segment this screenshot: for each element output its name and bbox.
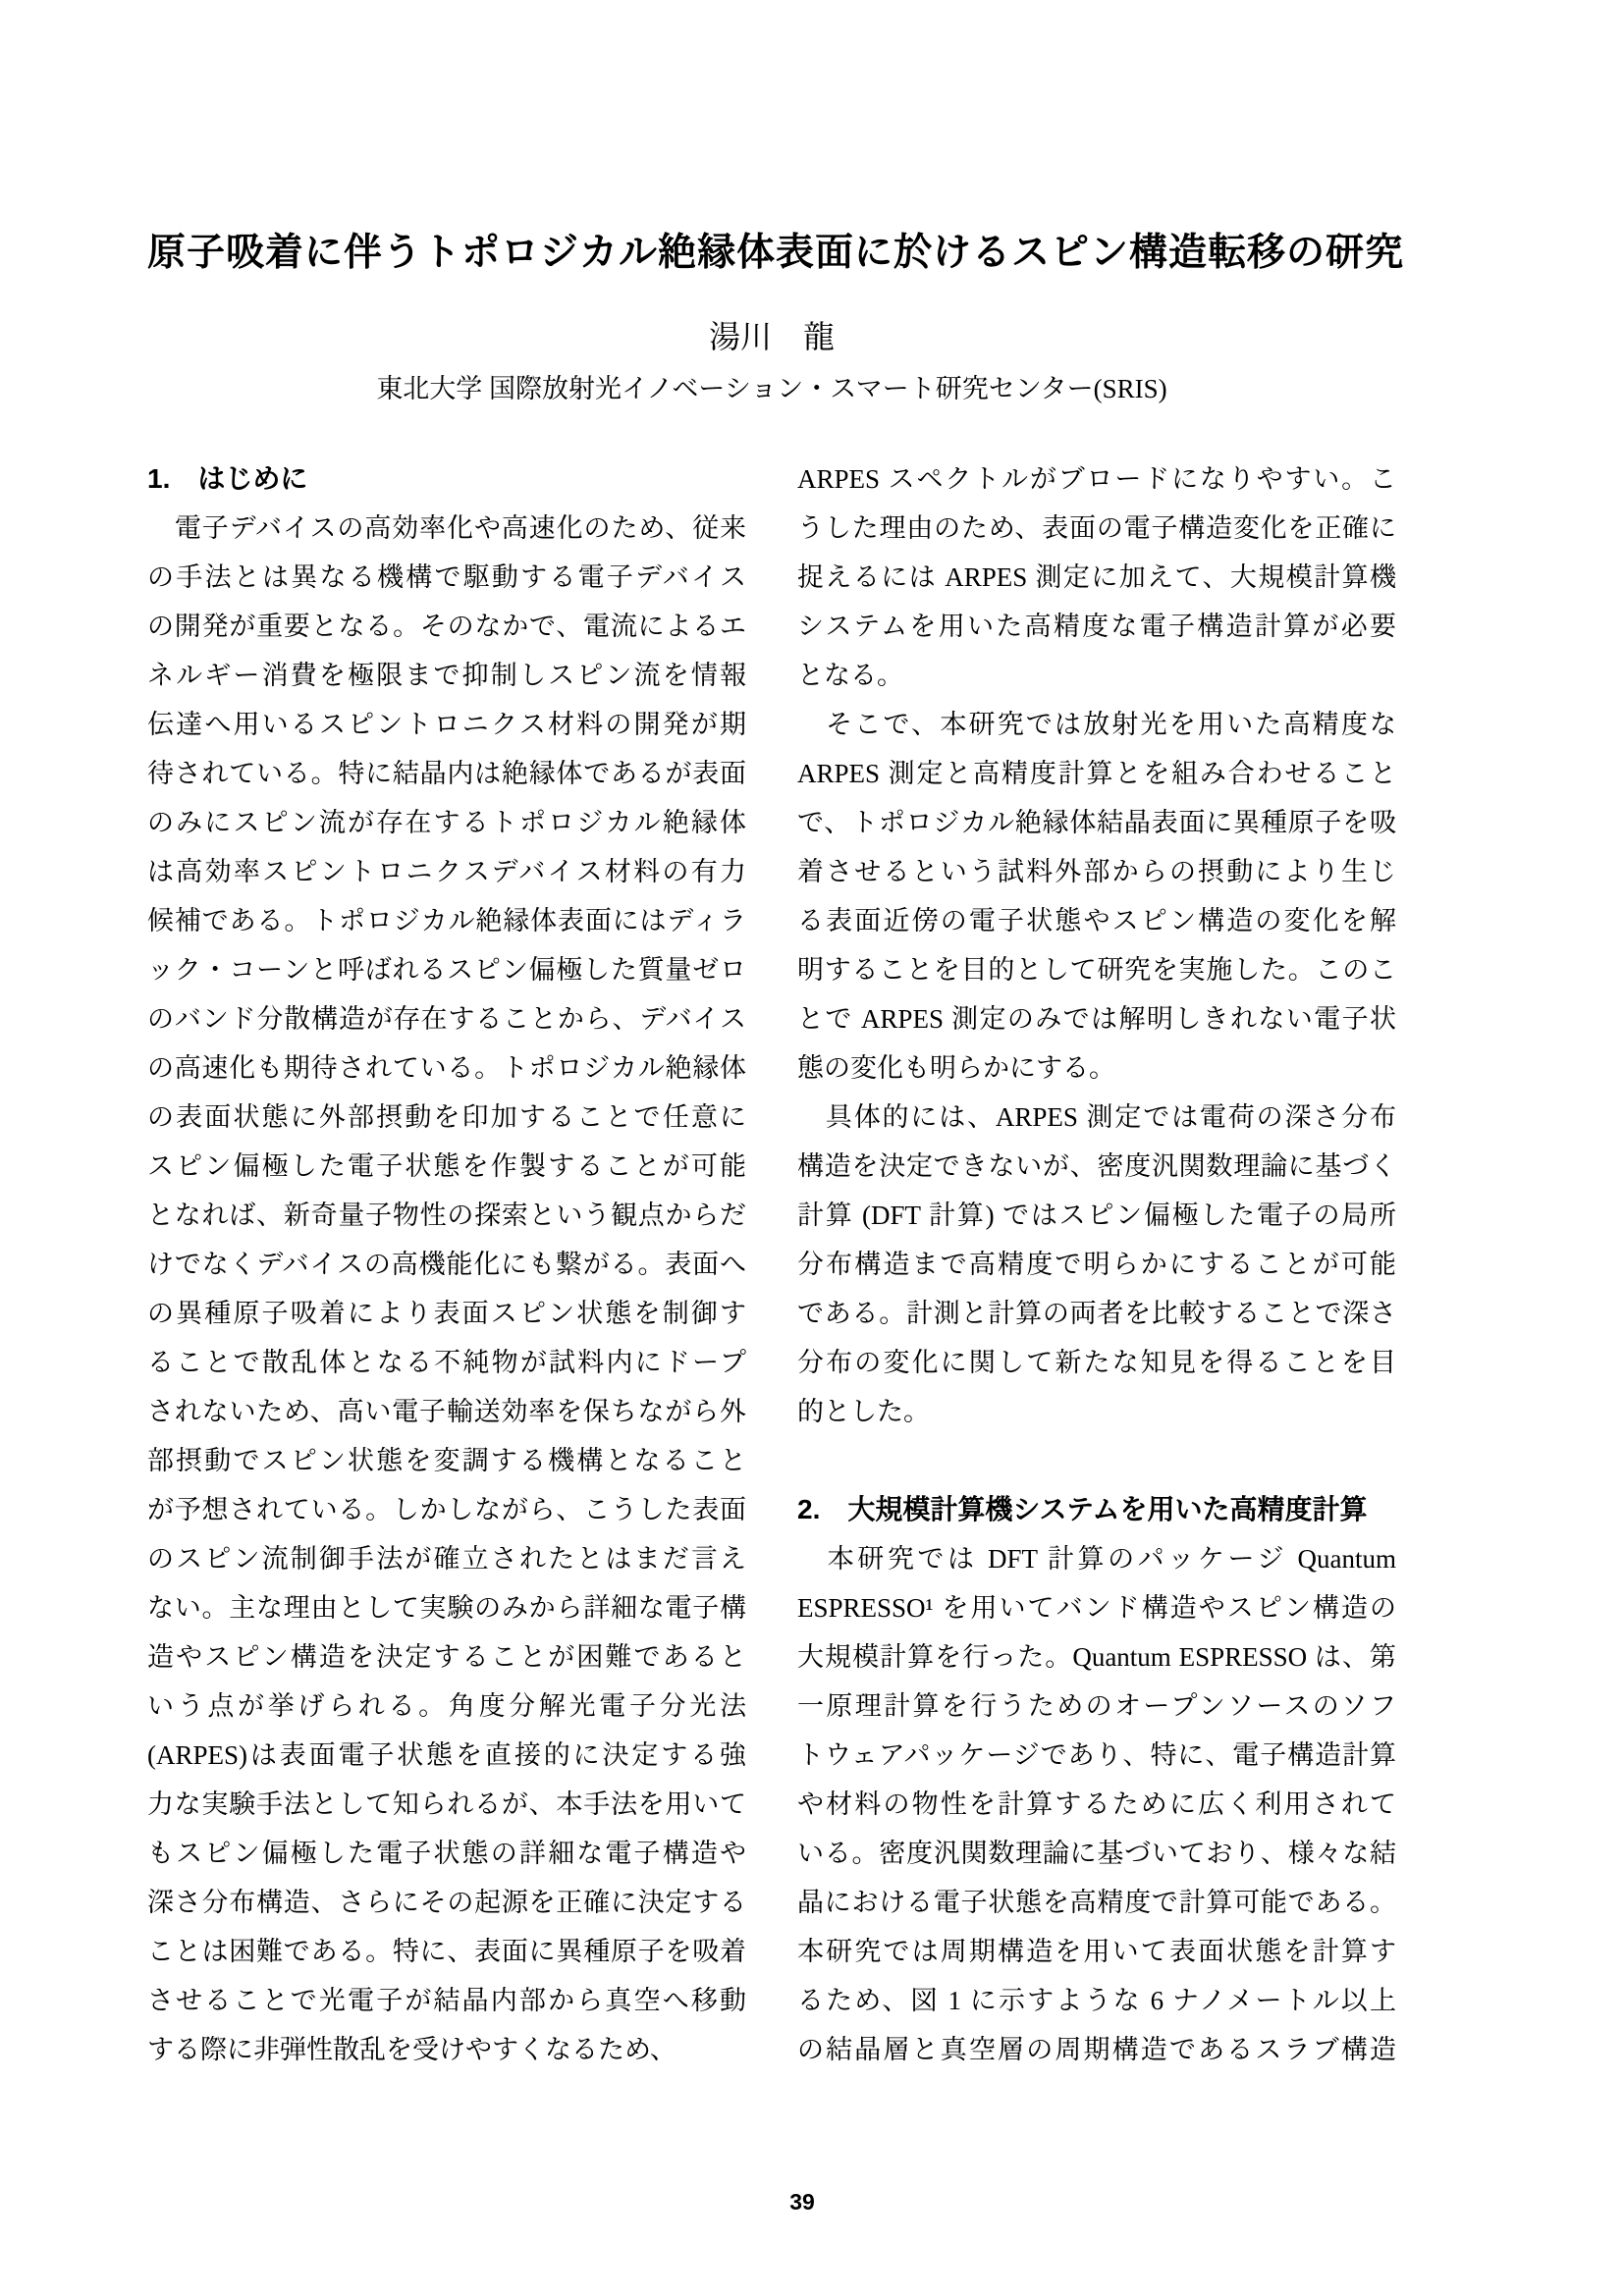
text-line: の異種原子吸着により表面スピン状態を制御す: [147, 1289, 746, 1338]
text-line: いう点が挙げられる。角度分解光電子分光法: [147, 1682, 746, 1731]
text-line: となる。: [797, 651, 1396, 700]
text-line: や材料の物性を計算するために広く利用されて: [797, 1780, 1396, 1829]
paper-title: 原子吸着に伴うトポロジカル絶縁体表面に於けるスピン構造転移の研究: [147, 222, 1396, 277]
text-line: ネルギー消費を極限まで抑制しスピン流を情報: [147, 651, 746, 700]
text-line: 伝達へ用いるスピントロニクス材料の開発が期: [147, 700, 746, 749]
text-line: (ARPES)は表面電子状態を直接的に決定する強: [147, 1731, 746, 1780]
paper-affiliation: 東北大学 国際放射光イノベーション・スマート研究センター(SRIS): [147, 367, 1396, 405]
text-line: のスピン流制御手法が確立されたとはまだ言え: [147, 1534, 746, 1583]
text-line: 構造を決定できないが、密度汎関数理論に基づく: [797, 1142, 1396, 1191]
column-right: ARPES スペクトルがブロードになりやすい。こうした理由のため、表面の電子構造…: [797, 454, 1396, 2074]
text-line: うした理由のため、表面の電子構造変化を正確に: [797, 504, 1396, 553]
text-line: の手法とは異なる機構で駆動する電子デバイス: [147, 553, 746, 602]
text-line: ことは困難である。特に、表面に異種原子を吸着: [147, 1927, 746, 1976]
body-columns: 1. はじめに 電子デバイスの高効率化や高速化のため、従来の手法とは異なる機構で…: [147, 454, 1396, 2074]
text-line: のみにスピン流が存在するトポロジカル絶縁体: [147, 798, 746, 847]
text-line: トウェアパッケージであり、特に、電子構造計算: [797, 1731, 1396, 1780]
text-line: 分布構造まで高精度で明らかにすることが可能: [797, 1240, 1396, 1289]
text-line: 深さ分布構造、さらにその起源を正確に決定する: [147, 1878, 746, 1927]
text-line: 本研究では DFT 計算のパッケージ Quantum: [797, 1534, 1396, 1583]
text-line: で、トポロジカル絶縁体結晶表面に異種原子を吸: [797, 798, 1396, 847]
text-line: 電子デバイスの高効率化や高速化のため、従来: [147, 504, 746, 553]
text-line: 明することを目的として研究を実施した。このこ: [797, 945, 1396, 994]
text-line: は高効率スピントロニクスデバイス材料の有力: [147, 847, 746, 896]
text-line: ることで散乱体となる不純物が試料内にドープ: [147, 1338, 746, 1387]
document-page: 原子吸着に伴うトポロジカル絶縁体表面に於けるスピン構造転移の研究 湯川 龍 東北…: [0, 0, 1624, 2296]
text-line: が予想されている。しかしながら、こうした表面: [147, 1485, 746, 1534]
text-line: 計算 (DFT 計算) ではスピン偏極した電子の局所: [797, 1191, 1396, 1240]
section-heading: 1. はじめに: [147, 454, 746, 504]
text-line: 具体的には、ARPES 測定では電荷の深さ分布: [797, 1093, 1396, 1142]
text-line: 捉えるには ARPES 測定に加えて、大規模計算機: [797, 553, 1396, 602]
paper-author: 湯川 龍: [147, 312, 1396, 357]
text-line: 部摂動でスピン状態を変調する機構となること: [147, 1436, 746, 1485]
text-line: るため、図 1 に示すような 6 ナノメートル以上: [797, 1976, 1396, 2025]
text-line: 着させるという試料外部からの摂動により生じ: [797, 847, 1396, 896]
text-line: の結晶層と真空層の周期構造であるスラブ構造: [797, 2025, 1396, 2074]
text-line: 候補である。トポロジカル絶縁体表面にはディラ: [147, 896, 746, 945]
text-line: ARPES 測定と高精度計算とを組み合わせること: [797, 749, 1396, 798]
text-line: させることで光電子が結晶内部から真空へ移動: [147, 1976, 746, 2025]
text-line: の高速化も期待されている。トポロジカル絶縁体: [147, 1043, 746, 1093]
text-line: いる。密度汎関数理論に基づいており、様々な結: [797, 1829, 1396, 1878]
text-line: る表面近傍の電子状態やスピン構造の変化を解: [797, 896, 1396, 945]
text-line: である。計測と計算の両者を比較することで深さ: [797, 1289, 1396, 1338]
text-line: の表面状態に外部摂動を印加することで任意に: [147, 1093, 746, 1142]
text-line: 大規模計算を行った。Quantum ESPRESSO は、第: [797, 1632, 1396, 1682]
text-line: ARPES スペクトルがブロードになりやすい。こ: [797, 454, 1396, 504]
text-line: 一原理計算を行うためのオープンソースのソフ: [797, 1682, 1396, 1731]
text-line: のバンド分散構造が存在することから、デバイス: [147, 994, 746, 1043]
text-line: もスピン偏極した電子状態の詳細な電子構造や: [147, 1829, 746, 1878]
text-line: ESPRESSO¹ を用いてバンド構造やスピン構造の: [797, 1583, 1396, 1632]
text-line: 晶における電子状態を高精度で計算可能である。: [797, 1878, 1396, 1927]
text-line: ック・コーンと呼ばれるスピン偏極した質量ゼロ: [147, 945, 746, 994]
page-number: 39: [0, 2189, 1604, 2216]
text-line: 力な実験手法として知られるが、本手法を用いて: [147, 1780, 746, 1829]
text-line: の開発が重要となる。そのなかで、電流によるエ: [147, 602, 746, 651]
text-line: となれば、新奇量子物性の探索という観点からだ: [147, 1191, 746, 1240]
text-line: 態の変化も明らかにする。: [797, 1043, 1396, 1093]
text-line: けでなくデバイスの高機能化にも繋がる。表面へ: [147, 1240, 746, 1289]
text-line: ない。主な理由として実験のみから詳細な電子構: [147, 1583, 746, 1632]
text-line: とで ARPES 測定のみでは解明しきれない電子状: [797, 994, 1396, 1043]
text-line: システムを用いた高精度な電子構造計算が必要: [797, 602, 1396, 651]
text-line: 本研究では周期構造を用いて表面状態を計算す: [797, 1927, 1396, 1976]
text-line: 待されている。特に結晶内は絶縁体であるが表面: [147, 749, 746, 798]
blank-line: [797, 1436, 1396, 1485]
text-line: 造やスピン構造を決定することが困難であると: [147, 1632, 746, 1682]
text-line: スピン偏極した電子状態を作製することが可能: [147, 1142, 746, 1191]
column-left: 1. はじめに 電子デバイスの高効率化や高速化のため、従来の手法とは異なる機構で…: [147, 454, 746, 2074]
section-heading: 2. 大規模計算機システムを用いた高精度計算: [797, 1485, 1396, 1534]
text-line: する際に非弾性散乱を受けやすくなるため、: [147, 2025, 746, 2074]
text-line: 分布の変化に関して新たな知見を得ることを目: [797, 1338, 1396, 1387]
text-line: されないため、高い電子輸送効率を保ちながら外: [147, 1387, 746, 1436]
text-line: そこで、本研究では放射光を用いた高精度な: [797, 700, 1396, 749]
text-line: 的とした。: [797, 1387, 1396, 1436]
